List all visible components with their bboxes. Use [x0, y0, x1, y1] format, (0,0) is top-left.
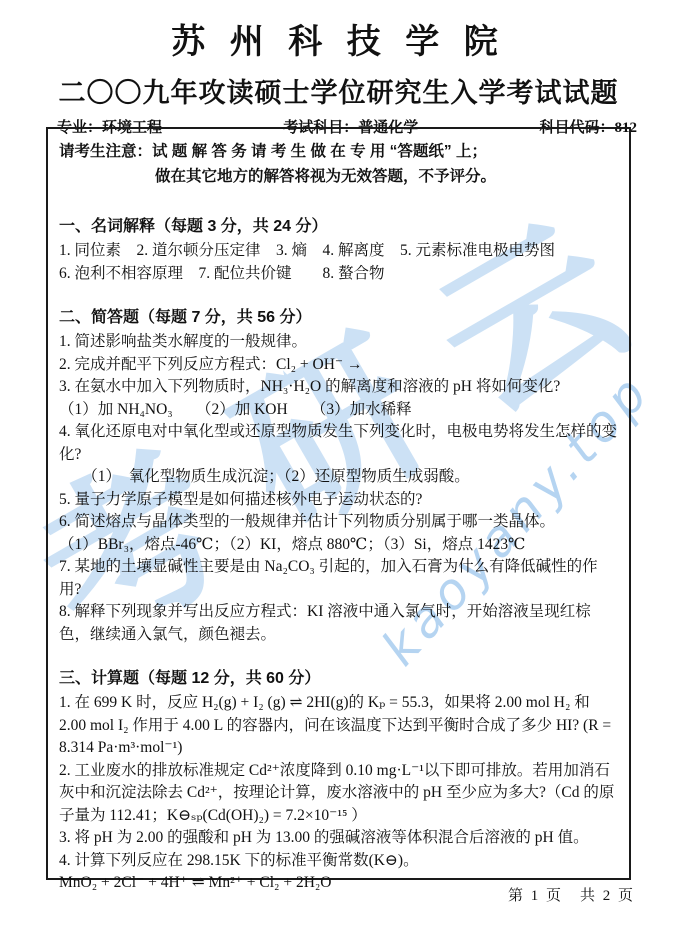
notice-line-1: 请考生注意：试 题 解 答 务 请 考 生 做 在 专 用 “答题纸” 上；: [59, 139, 618, 164]
section-2-line-6: （1） 氧化型物质生成沉淀；（2）还原型物质生成弱酸。: [59, 466, 618, 489]
section-2-line-5: 4. 氧化还原电对中氧化型或还原型物质发生下列变化时，电极电势将发生怎样的变化?: [59, 421, 618, 466]
page-footer: 第 1 页 共 2 页: [0, 884, 635, 905]
section-3-line-3: 3. 将 pH 为 2.00 的强酸和 pH 为 13.00 的强碱溶液等体积混…: [59, 827, 618, 850]
notice-line-2: 做在其它地方的解答将视为无效答题，不予评分。: [59, 164, 618, 189]
section-3: 三、计算题（每题 12 分，共 60 分）1. 在 699 K 时，反应 H₂(…: [59, 667, 618, 895]
school-name: 苏 州 科 技 学 院: [0, 0, 677, 63]
section-2-line-9: （1）BBr₃，熔点-46℃；（2）KI，熔点 880℃；（3）Si，熔点 14…: [59, 534, 618, 557]
section-2: 二、简答题（每题 7 分，共 56 分）1. 简述影响盐类水解度的一般规律。2.…: [59, 306, 618, 646]
section-2-line-4: （1）加 NH₄NO₃ （2）加 KOH （3）加水稀释: [59, 399, 618, 422]
section-1-title: 一、名词解释（每题 3 分，共 24 分）: [59, 215, 618, 239]
section-2-title: 二、简答题（每题 7 分，共 56 分）: [59, 306, 618, 330]
section-2-line-10: 7. 某地的土壤显碱性主要是由 Na₂CO₃ 引起的，加入石膏为什么有降低碱性的…: [59, 556, 618, 601]
section-3-line-4: 4. 计算下列反应在 298.15K 下的标准平衡常数(K⊖)。: [59, 850, 618, 873]
section-1-line-1: 1. 同位素 2. 道尔顿分压定律 3. 熵 4. 解离度 5. 元素标准电极电…: [59, 240, 618, 263]
section-2-line-7: 5. 量子力学原子模型是如何描述核外电子运动状态的?: [59, 489, 618, 512]
section-2-line-2: 2. 完成并配平下列反应方程式：Cl₂ + OH⁻ →: [59, 354, 618, 377]
section-3-line-1: 1. 在 699 K 时，反应 H₂(g) + I₂ (g) ⇌ 2HI(g)的…: [59, 692, 618, 760]
section-3-title: 三、计算题（每题 12 分，共 60 分）: [59, 667, 618, 691]
exam-title: 二〇〇九年攻读硕士学位研究生入学考试试题: [0, 71, 677, 110]
section-2-line-1: 1. 简述影响盐类水解度的一般规律。: [59, 331, 618, 354]
section-1: 一、名词解释（每题 3 分，共 24 分）1. 同位素 2. 道尔顿分压定律 3…: [59, 215, 618, 285]
question-sections: 一、名词解释（每题 3 分，共 24 分）1. 同位素 2. 道尔顿分压定律 3…: [59, 215, 618, 895]
candidate-notice: 请考生注意：试 题 解 答 务 请 考 生 做 在 专 用 “答题纸” 上； 做…: [59, 139, 618, 189]
exam-content-box: 请考生注意：试 题 解 答 务 请 考 生 做 在 专 用 “答题纸” 上； 做…: [46, 127, 631, 880]
section-2-line-3: 3. 在氨水中加入下列物质时，NH₃·H₂O 的解离度和溶液的 pH 将如何变化…: [59, 376, 618, 399]
exam-header: 苏 州 科 技 学 院 二〇〇九年攻读硕士学位研究生入学考试试题 专业：环境工程…: [0, 0, 677, 137]
section-2-line-8: 6. 简述熔点与晶体类型的一般规律并估计下列物质分别属于哪一类晶体。: [59, 511, 618, 534]
section-3-line-2: 2. 工业废水的排放标准规定 Cd²⁺浓度降到 0.10 mg·L⁻¹以下即可排…: [59, 760, 618, 828]
section-2-line-11: 8. 解释下列现象并写出反应方程式：KI 溶液中通入氯气时，开始溶液呈现红棕色，…: [59, 601, 618, 646]
exam-paper-page: 考研云 kaoyany.top 苏 州 科 技 学 院 二〇〇九年攻读硕士学位研…: [0, 0, 677, 930]
section-1-line-2: 6. 泡利不相容原理 7. 配位共价键 8. 螯合物: [59, 263, 618, 286]
